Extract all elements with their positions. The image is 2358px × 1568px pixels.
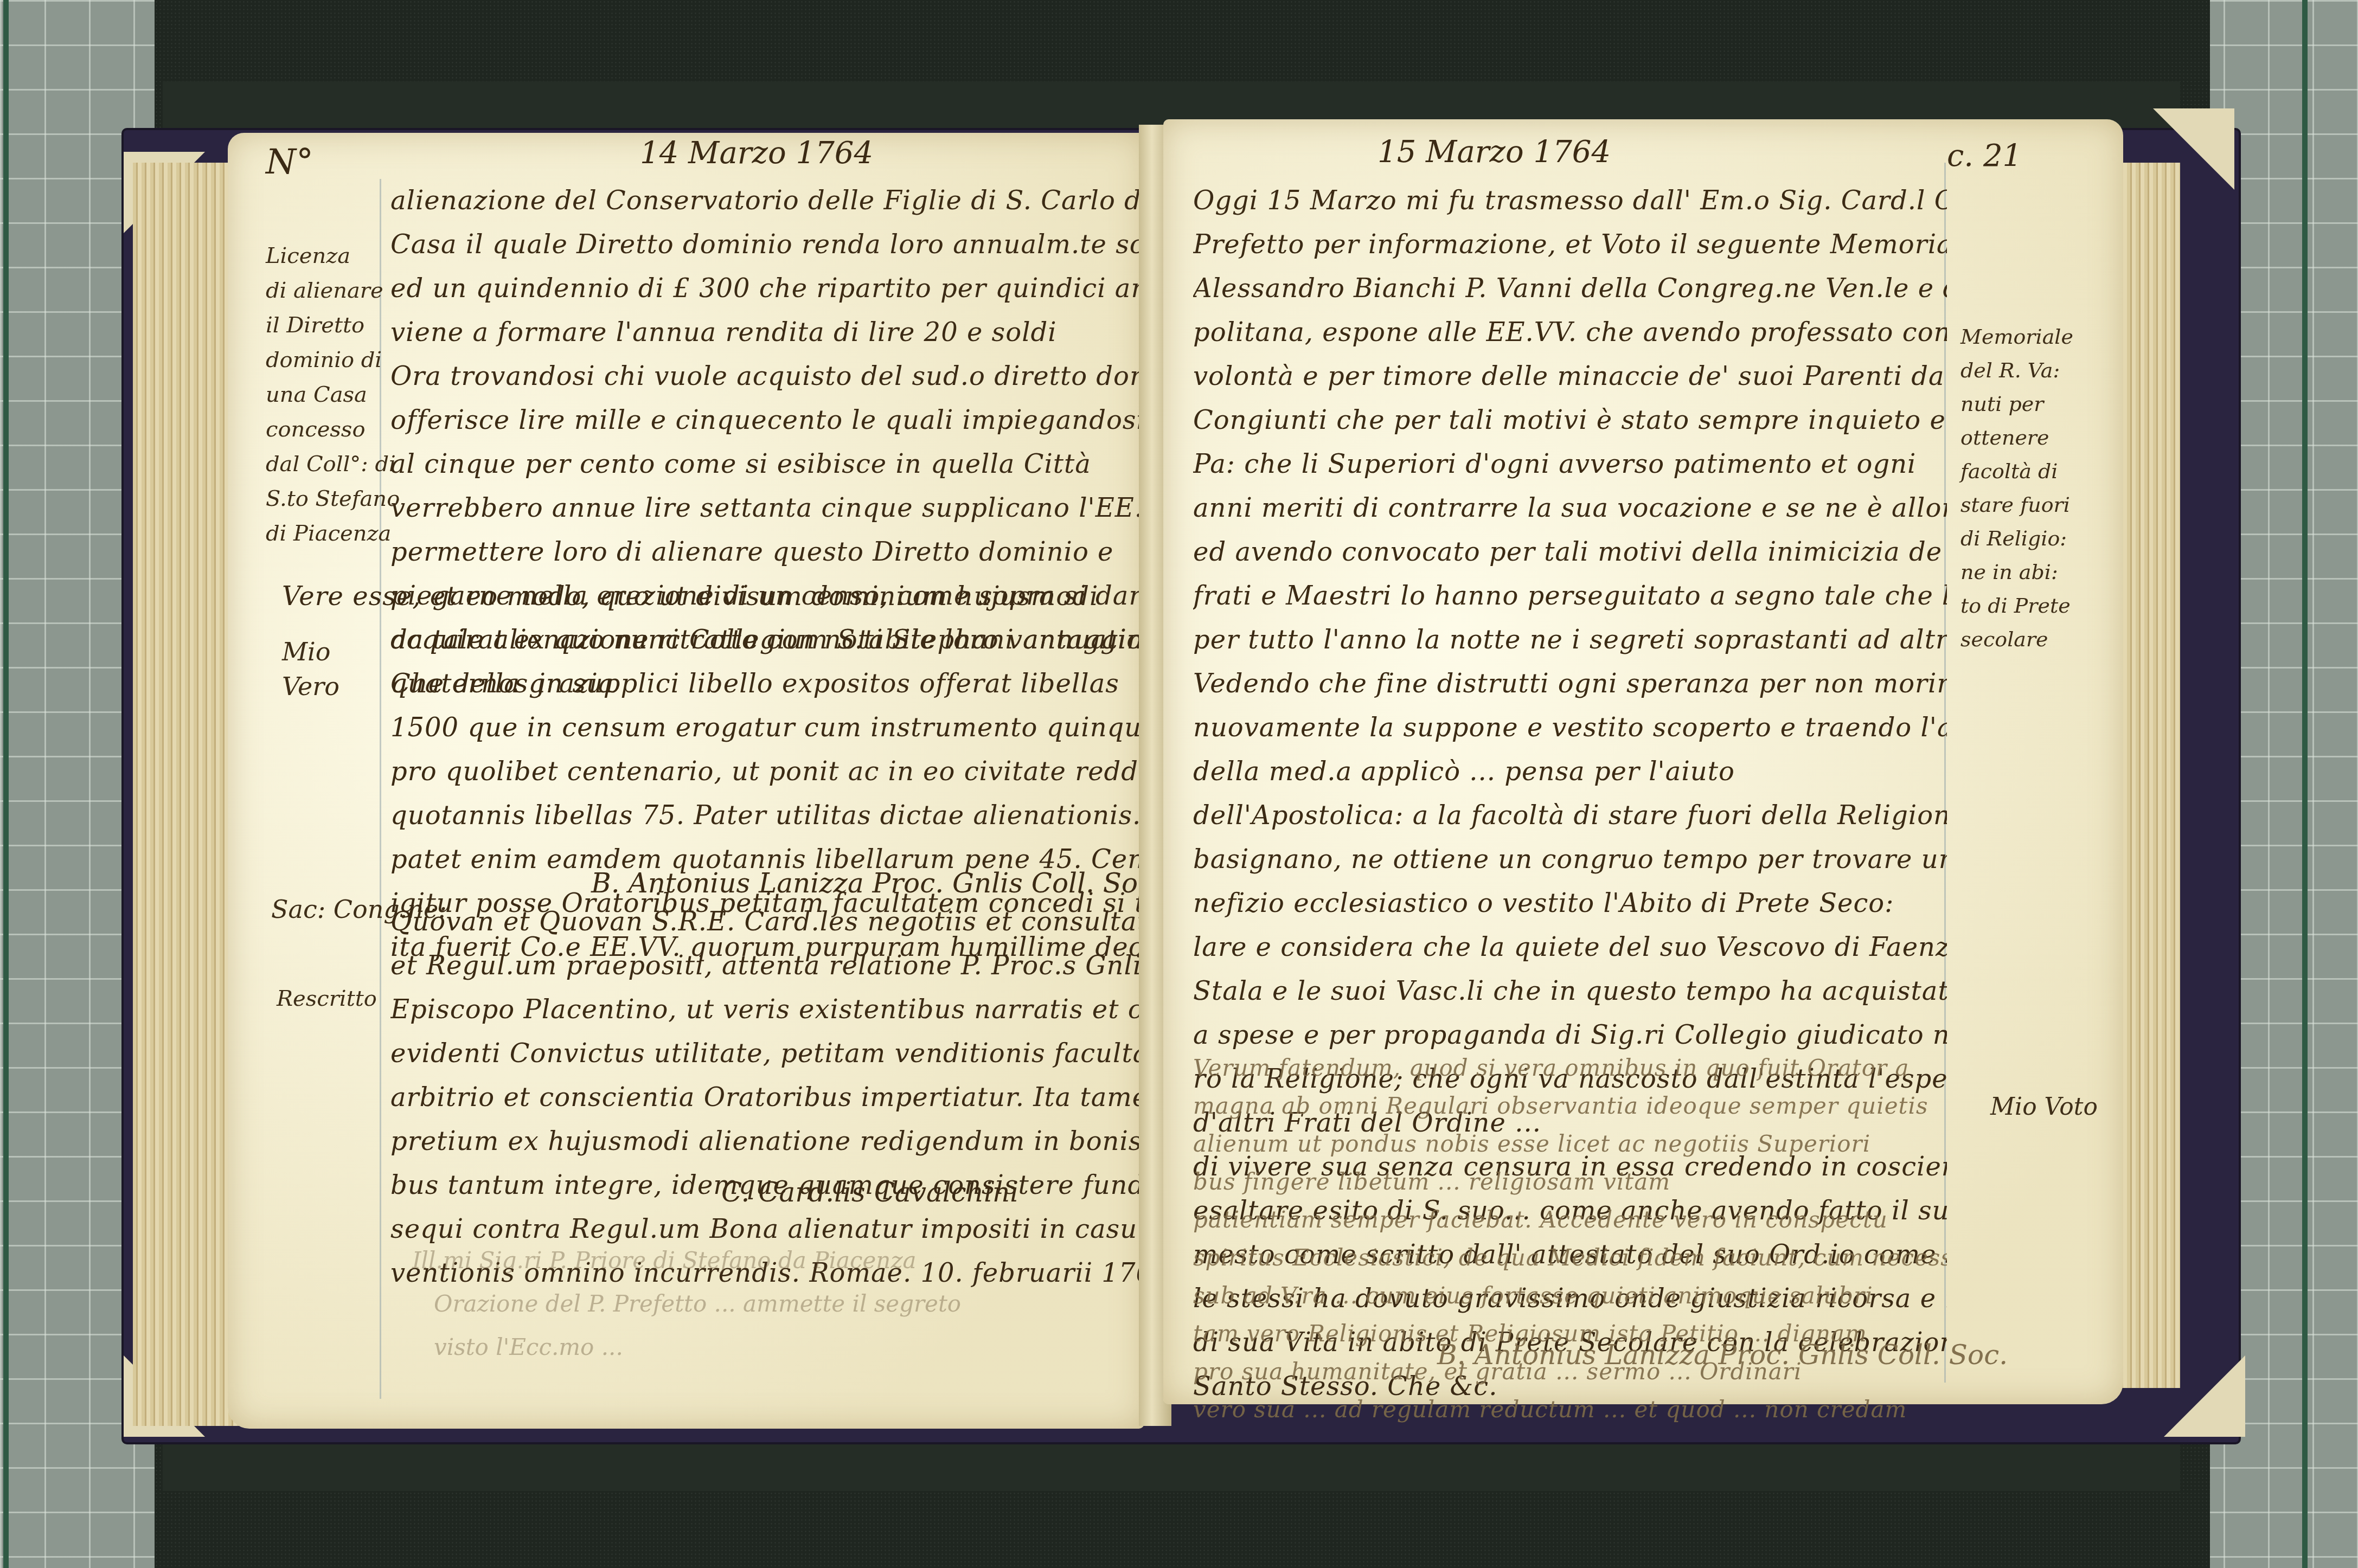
text-line: Verum fatendum, quod si vera omnibus in … — [1193, 1049, 1947, 1087]
text-line: vero sua ... ad regulam reductum ... et … — [1193, 1391, 1947, 1429]
right-page-date: 15 Marzo 1764 — [1377, 134, 1611, 170]
text-line: viene a formare l'annua rendita di lire … — [390, 311, 1139, 355]
left-corner-mark: N° — [266, 142, 313, 182]
text-line: permettere loro di alienare questo Diret… — [390, 530, 1139, 574]
text-line: 1500 que in censum erogatur cum instrume… — [390, 706, 1139, 750]
text-line: al cinque per cento come si esibisce in … — [390, 442, 1139, 486]
text-line: alienazione del Conservatorio delle Figl… — [390, 179, 1139, 223]
text-line: arbitrio et conscientia Oratoribus imper… — [390, 1076, 1139, 1120]
text-line: politana, espone alle EE.VV. che avendo … — [1193, 311, 1947, 355]
text-line: ed avendo convocato per tali motivi dell… — [1193, 530, 1947, 574]
text-line: della med.a applicò ... pensa per l'aiut… — [1193, 750, 1947, 794]
text-line: Vedendo che fine distrutti ogni speranza… — [1193, 662, 1947, 706]
text-line: et Regul.um praepositi, attenta relation… — [390, 944, 1139, 988]
text-line: Pa: che li Superiori d'ogni avverso pati… — [1193, 442, 1947, 486]
text-line: quotannis libellas 75. Pater utilitas di… — [390, 794, 1139, 838]
right-page-voto-text: Verum fatendum, quod si vera omnibus in … — [1193, 1049, 1947, 1429]
bleed-through-line: visto l'Ecc.mo ... — [434, 1334, 623, 1360]
bleed-through-line: Orazione del P. Prefetto ... ammette il … — [434, 1290, 961, 1317]
text-line: Oggi 15 Marzo mi fu trasmesso dall' Em.o… — [1193, 179, 1947, 223]
text-line: volontà e per timore delle minaccie de' … — [1193, 355, 1947, 399]
text-line: Prefetto per informazione, et Voto il se… — [1193, 223, 1947, 267]
text-line: magna ab omni Regulari observantia ideoq… — [1193, 1087, 1947, 1125]
text-line: sub ad V.ra ... cum eius fortasse quieti… — [1193, 1277, 1947, 1315]
text-line: bus fingere libetum ... religiosam vitam — [1193, 1163, 1947, 1201]
text-line: Alessandro Bianchi P. Vanni della Congre… — [1193, 267, 1947, 311]
left-signature-cavalchini: C. Card.lis Cavalchini — [721, 1177, 1018, 1208]
right-margin-note-memoriale: Memoriale del R. Va: nuti per ottenere f… — [1960, 320, 2073, 656]
left-page-date: 14 Marzo 1764 — [640, 136, 873, 171]
text-line: sequi contra Regul.um Bona alienatur imp… — [390, 1207, 1139, 1251]
left-margin-note-mio-vero: Mio Vero — [282, 634, 339, 704]
text-line: verrebbero annue lire settanta cinque su… — [390, 486, 1139, 530]
text-line: per tutto l'anno la notte ne i segreti s… — [1193, 618, 1947, 662]
text-line: pretium ex hujusmodi alienatione redigen… — [390, 1120, 1139, 1164]
text-line: patientiam semper faciebat. Accedente ve… — [1193, 1201, 1947, 1239]
left-signature-lanizza: B. Antonius Lanizza Proc. Gnlis Coll. So… — [591, 867, 1162, 899]
text-line: spiritus Ecclesiastici, de qua Medici fi… — [1193, 1239, 1947, 1277]
text-line: offerisce lire mille e cinquecento le qu… — [390, 399, 1139, 442]
text-line: pro quolibet centenario, ut ponit ac in … — [390, 750, 1139, 794]
right-margin-note-mio-voto: Mio Voto — [1990, 1090, 2098, 1124]
left-page-rescript-text: Quovan et Quovan S.R.E. Card.les negotii… — [390, 900, 1139, 1295]
page-stack-left — [133, 163, 241, 1426]
mat-edge-stripe-left — [3, 0, 9, 1568]
text-line: basignano, ne ottiene un congruo tempo p… — [1193, 838, 1947, 882]
folio-number: c. 21 — [1947, 138, 2022, 173]
text-line: acquirat ex quo nunc Collegium S.ti Step… — [390, 618, 1139, 662]
text-line: Stala e le suoi Vasc.li che in questo te… — [1193, 969, 1947, 1013]
left-margin-note-rescritto: Rescritto — [277, 981, 377, 1016]
text-line: Ora trovandosi chi vuole acquisto del su… — [390, 355, 1139, 399]
text-line: nuovamente la suppone e vestito scoperto… — [1193, 706, 1947, 750]
mat-edge-stripe-right — [2302, 0, 2308, 1568]
left-margin-note-licenza: Licenza di alienare il Diretto dominio d… — [266, 239, 400, 551]
text-line: Quovan et Quovan S.R.E. Card.les negotii… — [390, 900, 1139, 944]
text-line: Episcopo Placentino, ut veris existentib… — [390, 988, 1139, 1032]
text-line: ed un quindennio di £ 300 che ripartito … — [390, 267, 1139, 311]
text-line: anni meriti di contrarre la sua vocazion… — [1193, 486, 1947, 530]
text-line: evidenti Convictus utilitate, petitam ve… — [390, 1032, 1139, 1076]
text-line: nefizio ecclesiastico o vestito l'Abito … — [1193, 882, 1947, 926]
text-line: dell'Apostolica: a la facoltà di stare f… — [1193, 794, 1947, 838]
text-line: Vere esse, et eo modo, quo ut divisum do… — [282, 575, 1139, 619]
text-line: quaternos in supplici libello expositos … — [390, 662, 1139, 706]
text-line: lare e considera che la quiete del suo V… — [1193, 926, 1947, 969]
bleed-through-line: Ill.mi Sig.ri P. Priore di Stefano da Pi… — [412, 1247, 917, 1274]
right-signature-lanizza: B. Antonius Lanizza Proc. Gnlis Coll. So… — [1437, 1339, 2008, 1371]
text-line: Casa il quale Diretto dominio renda loro… — [390, 223, 1139, 267]
text-line: frati e Maestri lo hanno perseguitato a … — [1193, 574, 1947, 618]
left-page-voto-text: Vere esse, et eo modo, quo ut divisum do… — [282, 575, 1139, 619]
text-line: Congiunti che per tali motivi è stato se… — [1193, 399, 1947, 442]
text-line: alienum ut pondus nobis esse licet ac ne… — [1193, 1125, 1947, 1163]
